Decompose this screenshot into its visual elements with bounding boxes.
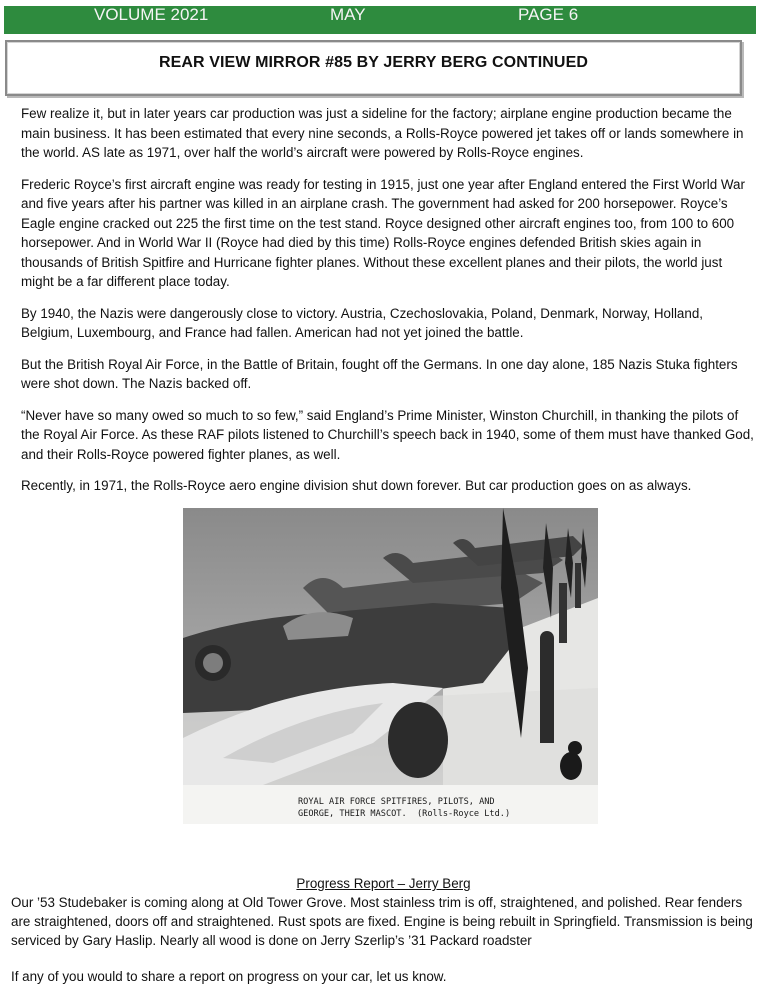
caption-line-2: GEORGE, THEIR MASCOT. (Rolls-Royce Ltd.) (298, 809, 510, 819)
progress-report-closing: If any of you would to share a report on… (11, 967, 756, 984)
month-label: MAY (330, 1, 366, 29)
article-paragraph: Frederic Royce’s first aircraft engine w… (21, 175, 756, 292)
progress-report-body: Our ’53 Studebaker is coming along at Ol… (11, 893, 756, 950)
article-paragraph: Few realize it, but in later years car p… (21, 104, 756, 163)
article-title-box: REAR VIEW MIRROR #85 BY JERRY BERG CONTI… (5, 40, 742, 96)
spitfire-photo-illustration (183, 508, 598, 785)
article-body: Few realize it, but in later years car p… (21, 104, 756, 508)
page-number: PAGE 6 (518, 1, 578, 29)
photo-caption: ROYAL AIR FORCE SPITFIRES, PILOTS, AND G… (298, 796, 510, 820)
spitfire-photo-figure: ROYAL AIR FORCE SPITFIRES, PILOTS, AND G… (183, 508, 598, 824)
article-paragraph: “Never have so many owed so much to so f… (21, 406, 756, 465)
article-paragraph: By 1940, the Nazis were dangerously clos… (21, 304, 756, 343)
article-paragraph: Recently, in 1971, the Rolls-Royce aero … (21, 476, 756, 496)
article-paragraph: But the British Royal Air Force, in the … (21, 355, 756, 394)
progress-report-title: Progress Report – Jerry Berg (11, 874, 756, 893)
caption-line-1: ROYAL AIR FORCE SPITFIRES, PILOTS, AND (298, 797, 495, 807)
volume-label: VOLUME 2021 (94, 1, 208, 29)
progress-report-section: Progress Report – Jerry Berg Our ’53 Stu… (11, 874, 756, 984)
article-title: REAR VIEW MIRROR #85 BY JERRY BERG CONTI… (7, 42, 740, 73)
spitfire-photo (183, 508, 598, 785)
newsletter-header-bar: VOLUME 2021 MAY PAGE 6 (4, 6, 756, 34)
